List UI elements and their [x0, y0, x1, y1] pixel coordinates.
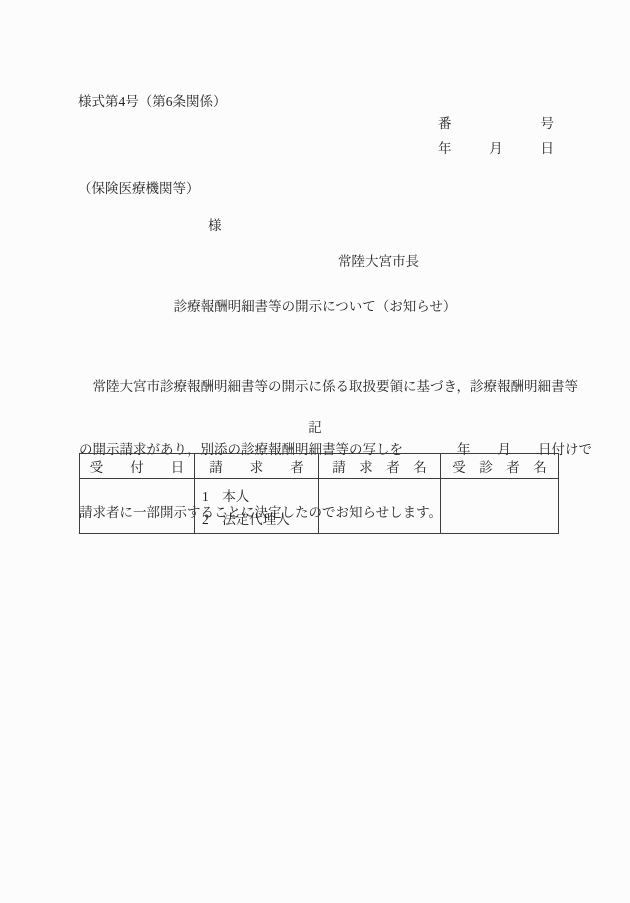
table-body-row: 1 本人 2 法定代理人 [80, 479, 559, 534]
table-header-row: 受 付 日 請 求 者 請 求 者 名 受 診 者 名 [80, 454, 559, 479]
number-suffix-label: 号 [541, 112, 555, 132]
requester-option-legal-representative: 2 法定代理人 [202, 508, 318, 531]
form-number: 様式第4号（第6条関係） [78, 90, 227, 110]
cell-requester-name [319, 479, 441, 534]
document-page: 様式第4号（第6条関係） 番 号 年 月 日 （保険医療機関等） 様 常陸大宮市… [0, 0, 630, 903]
recipient-note: （保険医療機関等） [78, 177, 200, 197]
year-label: 年 [438, 137, 452, 157]
header-requester: 請 求 者 [195, 454, 319, 479]
cell-reception-date [80, 479, 195, 534]
document-title: 診療報酬明細書等の開示について（お知らせ） [0, 295, 630, 315]
sender-name: 常陸大宮市長 [338, 250, 419, 270]
recipient-honorific: 様 [208, 214, 222, 234]
header-reception-date: 受 付 日 [80, 454, 195, 479]
day-label: 日 [541, 137, 555, 157]
requester-option-self: 1 本人 [202, 485, 318, 508]
requester-options: 1 本人 2 法定代理人 [195, 479, 318, 531]
header-requester-name: 請 求 者 名 [319, 454, 441, 479]
record-marker: 記 [0, 416, 630, 436]
document-number-line: 番 号 [438, 112, 554, 132]
cell-requester: 1 本人 2 法定代理人 [195, 479, 319, 534]
cell-patient-name [441, 479, 559, 534]
disclosure-table: 受 付 日 請 求 者 請 求 者 名 受 診 者 名 1 本人 2 法定代理人 [79, 453, 559, 534]
document-date-line: 年 月 日 [438, 137, 554, 157]
body-line-1: 常陸大宮市診療報酬明細書等の開示に係る取扱要領に基づき，診療報酬明細書等 [79, 376, 565, 397]
number-label: 番 [438, 112, 452, 132]
month-label: 月 [489, 137, 503, 157]
header-patient-name: 受 診 者 名 [441, 454, 559, 479]
